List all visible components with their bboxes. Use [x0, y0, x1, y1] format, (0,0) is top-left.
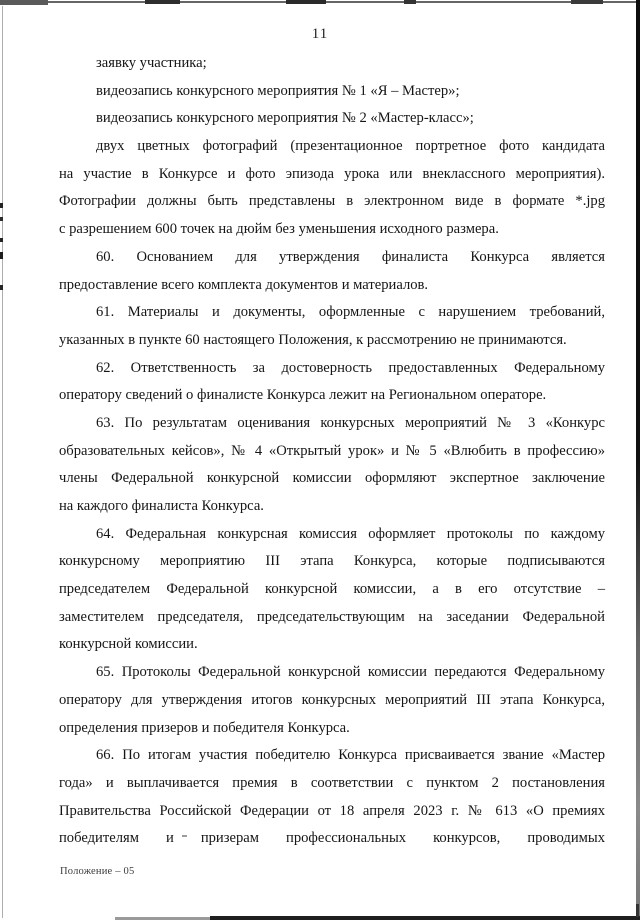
- text-line: Фотографии должны быть представлены в эл…: [59, 188, 605, 216]
- text-line: образовательных кейсов», № 4 «Открытый у…: [59, 438, 605, 466]
- text-line: заявку участника;: [59, 50, 605, 78]
- scan-artifact-top-patch: [571, 0, 603, 4]
- scan-artifact-bottom-right-mark: [636, 904, 639, 917]
- text-line: заместителем председателя, председательс…: [59, 604, 605, 632]
- scan-artifact-top-left: [0, 0, 48, 5]
- text-line: конкурсному мероприятию III этапа Конкур…: [59, 548, 605, 576]
- text-line: видеозапись конкурсного мероприятия № 1 …: [59, 78, 605, 106]
- text-line: 65. Протоколы Федеральной конкурсной ком…: [59, 659, 605, 687]
- text-line: оператору для утверждения итогов конкурс…: [59, 687, 605, 715]
- document-footer-label: Положение – 05: [60, 866, 134, 877]
- scan-artifact-top-patch: [145, 0, 180, 4]
- text-line: предоставление всего комплекта документо…: [59, 272, 605, 300]
- scan-artifact-left-mark: [0, 203, 3, 208]
- scan-artifact-top-edge: [0, 1, 640, 3]
- scan-artifact-top-patch: [286, 0, 326, 4]
- scan-artifact-right-edge: [636, 0, 640, 920]
- text-line: Правительства Российской Федерации от 18…: [59, 798, 605, 826]
- scan-artifact-left-mark: [0, 238, 3, 242]
- text-line: определения призеров и победителя Конкур…: [59, 715, 605, 743]
- scanned-document-page: 11 заявку участника;видеозапись конкурсн…: [0, 0, 640, 920]
- text-line: председателем Федеральной конкурсной ком…: [59, 576, 605, 604]
- text-line: члены Федеральной конкурсной комиссии оф…: [59, 465, 605, 493]
- text-line: видеозапись конкурсного мероприятия № 2 …: [59, 105, 605, 133]
- text-line: на каждого финалиста Конкурса.: [59, 493, 605, 521]
- text-line: победителям и призерам профессиональных …: [59, 825, 605, 853]
- text-line: 63. По результатам оценивания конкурсных…: [59, 410, 605, 438]
- page-number: 11: [0, 26, 640, 43]
- text-line: с разрешением 600 точек на дюйм без умен…: [59, 216, 605, 244]
- scan-artifact-top-patch: [404, 0, 416, 4]
- scan-artifact-left-mark: [0, 217, 3, 221]
- scan-artifact-left-mark: [0, 252, 3, 259]
- scan-artifact-bottom-edge-dark: [210, 916, 640, 920]
- text-line: 60. Основанием для утверждения финалиста…: [59, 244, 605, 272]
- text-line: двух цветных фотографий (презентационное…: [59, 133, 605, 161]
- text-line: 66. По итогам участия победителю Конкурс…: [59, 742, 605, 770]
- text-line: года» и выплачивается премия в соответст…: [59, 770, 605, 798]
- scan-artifact-left-mark: [0, 285, 3, 290]
- scan-artifact-left-fold-line: [2, 6, 3, 918]
- text-line: на участие в Конкурсе и фото эпизода уро…: [59, 161, 605, 189]
- text-line: 64. Федеральная конкурсная комиссия офор…: [59, 521, 605, 549]
- text-line: 61. Материалы и документы, оформленные с…: [59, 299, 605, 327]
- text-line: указанных в пункте 60 настоящего Положен…: [59, 327, 605, 355]
- document-body: заявку участника;видеозапись конкурсного…: [59, 50, 605, 853]
- text-line: конкурсной комиссии.: [59, 631, 605, 659]
- text-line: 62. Ответственность за достоверность пре…: [59, 355, 605, 383]
- text-line: оператору сведений о финалисте Конкурса …: [59, 382, 605, 410]
